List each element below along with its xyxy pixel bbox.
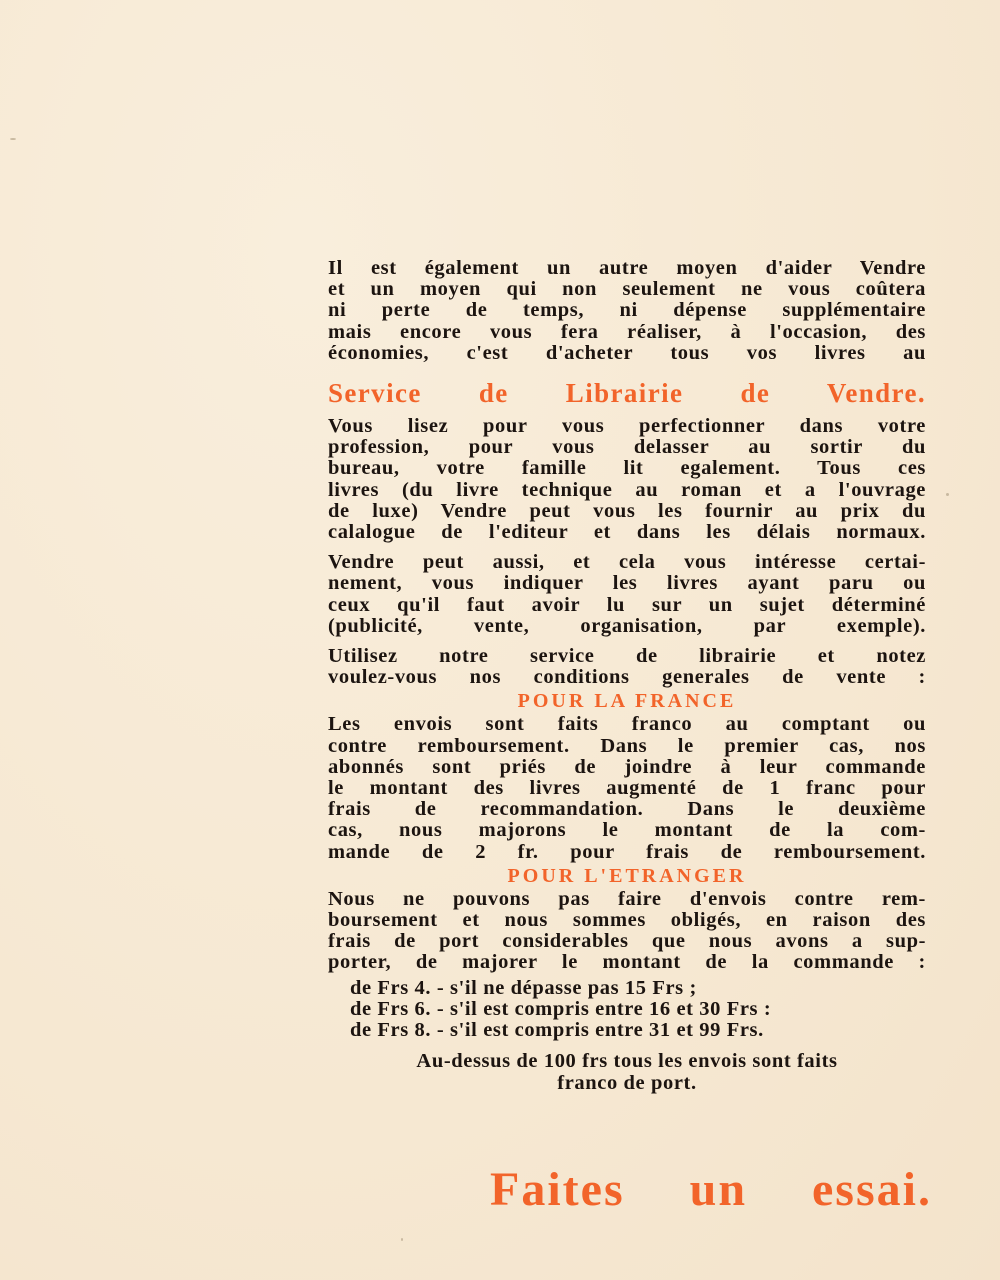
- paper-speck: [10, 138, 16, 140]
- fee-schedule-item: de Frs 6. - s'il est compris entre 16 et…: [350, 999, 926, 1020]
- paragraph-gap: [328, 637, 926, 646]
- text-line: profession, pour vous delasser au sortir…: [328, 437, 926, 458]
- service-title: Service de Librairie de Vendre.: [328, 378, 926, 408]
- text-line: mais encore vous fera réaliser, à l'occa…: [328, 322, 926, 343]
- text-line: voulez-vous nos conditions generales de …: [328, 667, 926, 688]
- document-page: Il est également un autre moyen d'aider …: [328, 258, 926, 1094]
- fee-schedule-item: de Frs 4. - s'il ne dépasse pas 15 Frs ;: [350, 978, 926, 999]
- intro-paragraph: Il est également un autre moyen d'aider …: [328, 258, 926, 364]
- paper-speck: [946, 493, 949, 496]
- text-line: et un moyen qui non seulement ne vous co…: [328, 279, 926, 300]
- text-line: Vendre peut aussi, et cela vous intéress…: [328, 552, 926, 573]
- text-line: calalogue de l'editeur et dans les délai…: [328, 522, 926, 543]
- paper-speck: [401, 1238, 403, 1241]
- text-line: franco de port.: [328, 1073, 926, 1094]
- text-line: frais de recommandation. Dans le deuxièm…: [328, 799, 926, 820]
- text-line: porter, de majorer le montant de la comm…: [328, 952, 926, 973]
- section-heading-france: POUR LA FRANCE: [328, 690, 926, 712]
- call-to-action-headline: Faites un essai.: [490, 1162, 932, 1218]
- text-line: frais de port considerables que nous avo…: [328, 931, 926, 952]
- fee-schedule-list: de Frs 4. - s'il ne dépasse pas 15 Frs ;…: [350, 978, 926, 1042]
- text-line: Les envois sont faits franco au comptant…: [328, 714, 926, 735]
- text-line: nement, vous indiquer les livres ayant p…: [328, 573, 926, 594]
- text-line: Il est également un autre moyen d'aider …: [328, 258, 926, 279]
- paragraph-gap: [328, 543, 926, 552]
- text-line: mande de 2 fr. pour frais de rembourseme…: [328, 842, 926, 863]
- section-heading-abroad: POUR L'ETRANGER: [328, 865, 926, 887]
- text-line: boursement et nous sommes obligés, en ra…: [328, 910, 926, 931]
- text-line: cas, nous majorons le montant de la com-: [328, 820, 926, 841]
- abroad-conditions-paragraph: Nous ne pouvons pas faire d'envois contr…: [328, 889, 926, 974]
- text-line: Nous ne pouvons pas faire d'envois contr…: [328, 889, 926, 910]
- text-line: livres (du livre technique au roman et a…: [328, 480, 926, 501]
- text-line: abonnés sont priés de joindre à leur com…: [328, 757, 926, 778]
- free-shipping-note: Au-dessus de 100 frs tous les envois son…: [328, 1051, 926, 1093]
- france-conditions-paragraph: Les envois sont faits franco au comptant…: [328, 714, 926, 862]
- text-line: le montant des livres augmenté de 1 fran…: [328, 778, 926, 799]
- recommend-paragraph: Vendre peut aussi, et cela vous intéress…: [328, 552, 926, 637]
- fee-schedule-item: de Frs 8. - s'il est compris entre 31 et…: [350, 1020, 926, 1041]
- text-line: de luxe) Vendre peut vous les fournir au…: [328, 501, 926, 522]
- use-service-paragraph: Utilisez notre service de librairie et n…: [328, 646, 926, 688]
- text-line: Utilisez notre service de librairie et n…: [328, 646, 926, 667]
- text-line: ceux qu'il faut avoir lu sur un sujet dé…: [328, 595, 926, 616]
- text-line: (publicité, vente, organisation, par exe…: [328, 616, 926, 637]
- reading-paragraph: Vous lisez pour vous perfectionner dans …: [328, 416, 926, 543]
- text-line: Au-dessus de 100 frs tous les envois son…: [328, 1051, 926, 1072]
- text-line: contre remboursement. Dans le premier ca…: [328, 736, 926, 757]
- text-line: ni perte de temps, ni dépense supplément…: [328, 300, 926, 321]
- text-line: économies, c'est d'acheter tous vos livr…: [328, 343, 926, 364]
- text-line: bureau, votre famille lit egalement. Tou…: [328, 458, 926, 479]
- text-line: Vous lisez pour vous perfectionner dans …: [328, 416, 926, 437]
